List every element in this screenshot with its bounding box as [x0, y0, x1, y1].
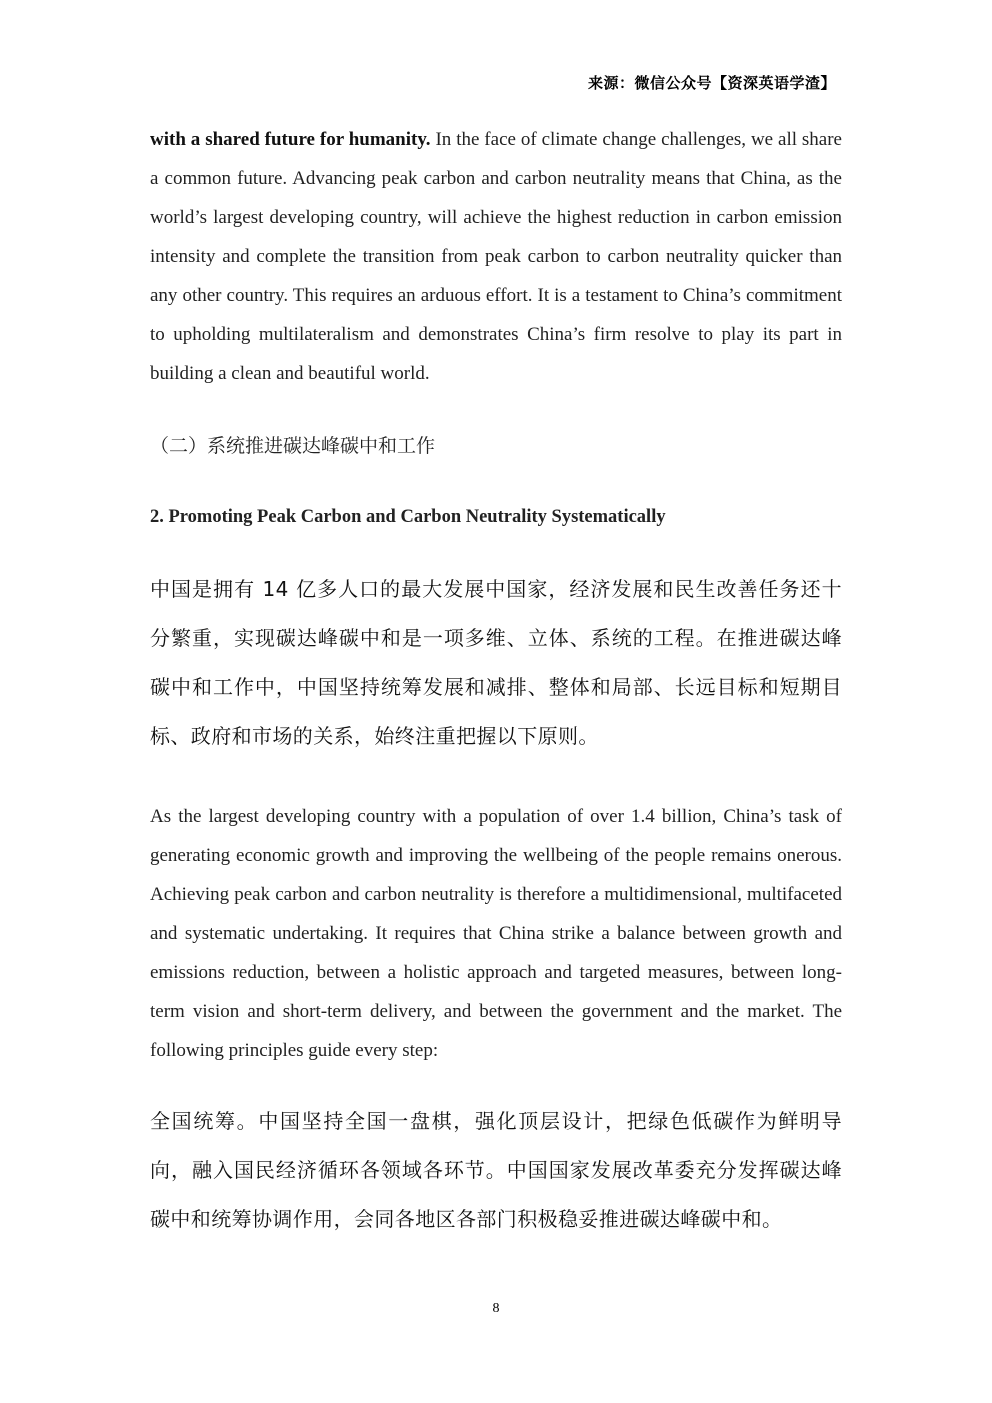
source-header: 来源：微信公众号【资深英语学渣】	[588, 72, 836, 93]
chinese-paragraph-1: 中国是拥有 14 亿多人口的最大发展中国家，经济发展和民生改善任务还十分繁重，实…	[150, 565, 842, 761]
english-section-heading-block: 2. Promoting Peak Carbon and Carbon Neut…	[150, 502, 842, 532]
english-paragraph-2: As the largest developing country with a…	[150, 797, 842, 1070]
bold-lead-phrase: with a shared future for humanity.	[150, 129, 431, 150]
chinese-section-heading-block: （二）系统推进碳达峰碳中和工作	[150, 431, 842, 461]
english-section-heading: 2. Promoting Peak Carbon and Carbon Neut…	[150, 502, 842, 532]
chinese-section-heading: （二）系统推进碳达峰碳中和工作	[150, 431, 842, 461]
english-paragraph-2-block: As the largest developing country with a…	[150, 797, 842, 1070]
paragraph-body: In the face of climate change challenges…	[150, 129, 842, 384]
page-number: 8	[0, 1301, 992, 1317]
english-paragraph-1: with a shared future for humanity. In th…	[150, 120, 842, 393]
document-page: 来源：微信公众号【资深英语学渣】 with a shared future fo…	[0, 0, 992, 1403]
chinese-paragraph-1-block: 中国是拥有 14 亿多人口的最大发展中国家，经济发展和民生改善任务还十分繁重，实…	[150, 565, 842, 761]
paragraph-continued-english: with a shared future for humanity. In th…	[150, 120, 842, 393]
chinese-paragraph-2: 全国统筹。中国坚持全国一盘棋，强化顶层设计，把绿色低碳作为鲜明导向，融入国民经济…	[150, 1097, 842, 1244]
chinese-paragraph-2-block: 全国统筹。中国坚持全国一盘棋，强化顶层设计，把绿色低碳作为鲜明导向，融入国民经济…	[150, 1097, 842, 1244]
